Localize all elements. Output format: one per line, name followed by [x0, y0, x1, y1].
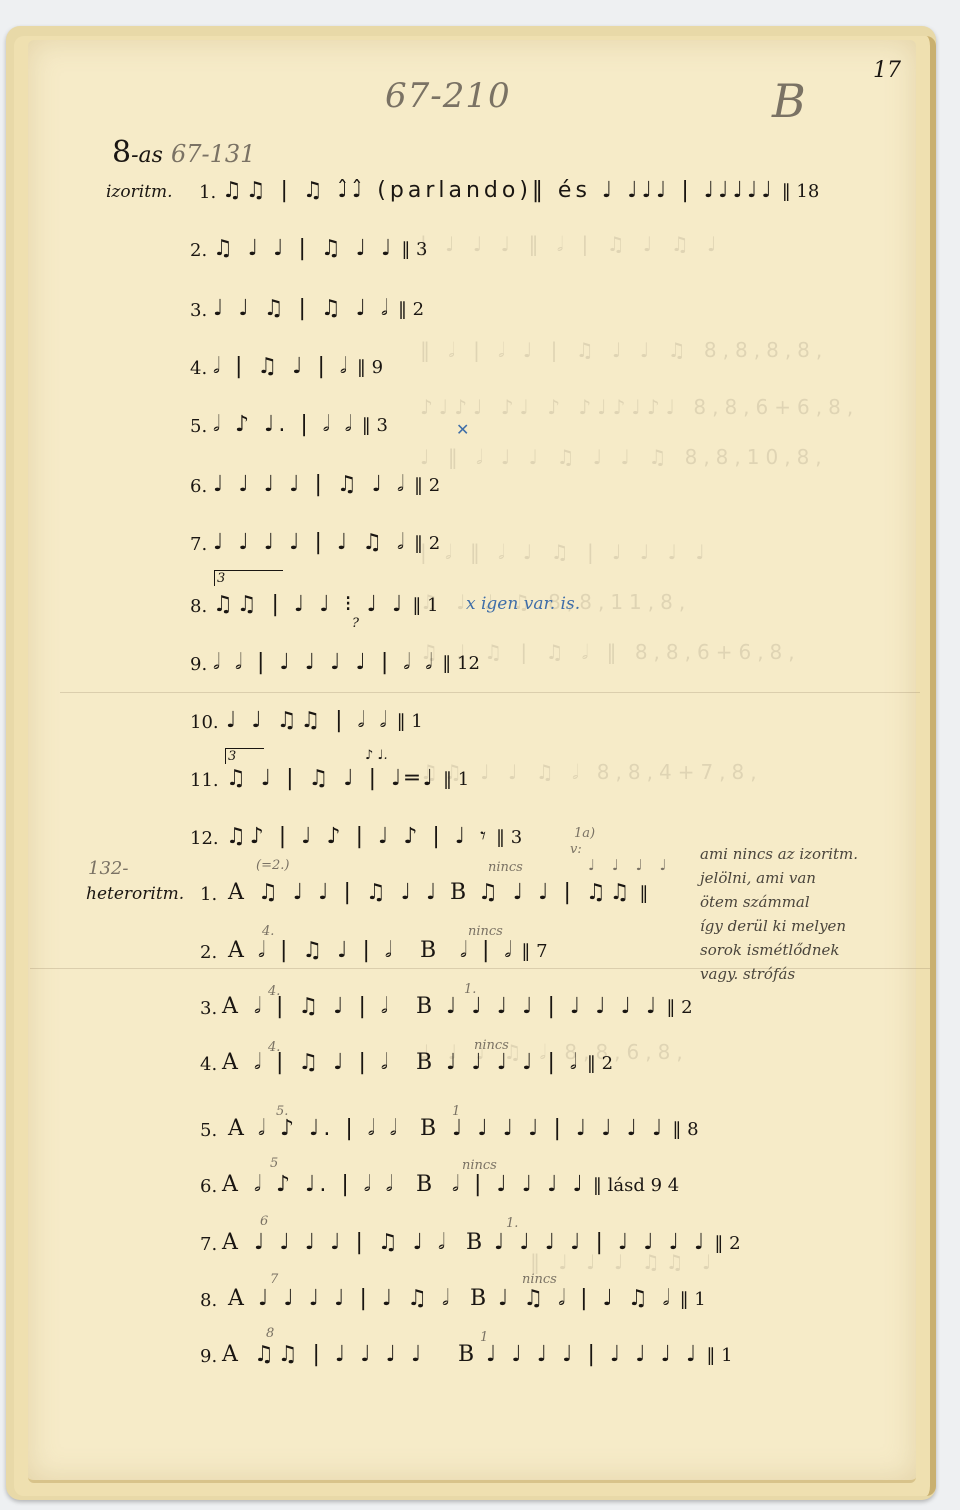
- ruled-line: [60, 692, 920, 693]
- heteroritm-row: 6. A 5 𝅗𝅥 ♪ ♩. | 𝅗𝅥 𝅗𝅥 B nincs 𝅗𝅥 | ♩ ♩ …: [0, 1170, 960, 1210]
- margin-note-line: ötem számmal: [700, 890, 940, 914]
- part-a-label: A: [222, 994, 238, 1019]
- part-a-label: A: [222, 1172, 238, 1197]
- annotation-1a: 1a): [574, 826, 595, 841]
- heading-suffix: -as: [131, 143, 163, 168]
- rhythm-notation-a: 𝅗𝅥 ♪ ♩. | 𝅗𝅥 𝅗𝅥: [254, 1172, 397, 1197]
- rhythm-notation-b: ♩ ♩ ♩ ♩ | ♩ ♩ ♩ ♩‖ 1: [486, 1342, 733, 1367]
- question-mark: ?: [352, 616, 359, 631]
- part-b-label: B: [450, 880, 466, 905]
- rhythm-notation-b: ♩ ♫ 𝅗𝅥 | ♩ ♫ 𝅗𝅥‖ 1: [498, 1286, 706, 1311]
- rhythm-notation: 𝅗𝅥 ♪ ♩. | 𝅗𝅥 𝅗𝅥‖ 3: [213, 412, 388, 437]
- izoritm-row: 3 ♪ ♩. 11. ♫ ♩ | ♫ ♩ | ♩═♩‖ 1: [0, 766, 960, 806]
- occurrence-count: ‖ 2: [414, 475, 440, 496]
- blue-side-note: x igen var. is.: [466, 594, 580, 614]
- rhythm-notation-a: ♩ ♩ ♩ ♩ | ♫ ♩ 𝅗𝅥: [254, 1230, 449, 1255]
- rhythm-notation-b: ♩ ♩ ♩ ♩ | ♩ ♩ ♩ ♩‖ 2: [494, 1230, 741, 1255]
- annotation-a: 6: [260, 1214, 268, 1229]
- row-number: 9.: [190, 654, 207, 675]
- rhythm-notation: ♫ ♩ ♩ | ♫ ♩ ♩‖ 3: [213, 236, 428, 261]
- section-heading-izo: 8-as67-131: [112, 135, 255, 170]
- hetero-range-label: 132-: [88, 858, 128, 879]
- margin-note-line: így derül ki melyen: [700, 914, 940, 938]
- occurrence-count: ‖: [639, 883, 648, 904]
- izoritm-row: 6. ♩ ♩ ♩ ♩ | ♫ ♩ 𝅗𝅥‖ 2: [0, 472, 960, 512]
- part-a-label: A: [228, 938, 244, 963]
- rhythm-notation: 𝅗𝅥 𝅗𝅥 | ♩ ♩ ♩ ♩ | 𝅗𝅥 𝅗𝅥‖ 12: [213, 650, 480, 675]
- rhythm-notation-a: 𝅗𝅥 | ♫ ♩ | 𝅗𝅥: [258, 938, 396, 963]
- part-b-label: B: [416, 1172, 432, 1197]
- blue-mark: ✕: [456, 420, 469, 439]
- row-number: 8.: [190, 596, 207, 617]
- rhythm-notation-a: ♫ ♩ ♩ | ♫ ♩ ♩: [258, 880, 440, 905]
- rhythm-notation: 𝅗𝅥 | ♫ ♩ | 𝅗𝅥‖ 9: [213, 354, 383, 379]
- row-number: 9.: [200, 1346, 217, 1367]
- row-number: 10.: [190, 712, 219, 733]
- rhythm-notation-a: 𝅗𝅥 | ♫ ♩ | 𝅗𝅥: [254, 1050, 392, 1075]
- izoritm-row: 3. ♩ ♩ ♫ | ♫ ♩ 𝅗𝅥‖ 2: [0, 296, 960, 336]
- part-a-label: A: [228, 1116, 244, 1141]
- occurrence-count: ‖ 2: [714, 1233, 740, 1254]
- part-a-label: A: [222, 1050, 238, 1075]
- row-number: 6.: [200, 1176, 217, 1197]
- margin-note-line: vagy. strófás: [700, 962, 940, 986]
- occurrence-count: ‖ 2: [398, 299, 424, 320]
- izoritm-row: 3 8. ♫♫ | ♩ ♩ ⁝ ♩ ♩‖ 1 ? x igen var. is.: [0, 592, 960, 632]
- part-b-label: B: [420, 1116, 436, 1141]
- rhythm-notation: ♩ ♩ ♩ ♩ | ♫ ♩ 𝅗𝅥‖ 2: [213, 472, 440, 497]
- part-a-label: A: [222, 1230, 238, 1255]
- part-a-label: A: [222, 1342, 238, 1367]
- rhythm-notation: ♩ ♩ ♩ ♩ | ♩ ♫ 𝅗𝅥‖ 2: [213, 530, 440, 555]
- annotation-a: (=2.): [256, 858, 289, 873]
- margin-note-line: jelölni, ami van: [700, 866, 940, 890]
- row-number: 1.: [199, 182, 216, 203]
- heteroritm-row: 8. A 7 ♩ ♩ ♩ ♩ | ♩ ♫ 𝅗𝅥 B nincs ♩ ♫ 𝅗𝅥 |…: [0, 1284, 960, 1324]
- page-letter: B: [772, 74, 806, 128]
- part-b-label: B: [420, 938, 436, 963]
- occurrence-count: ‖ 3: [401, 239, 427, 260]
- rhythm-notation: ♩ ♩ ♫ | ♫ ♩ 𝅗𝅥‖ 2: [213, 296, 424, 321]
- part-b-label: B: [466, 1230, 482, 1255]
- rhythm-notation-b: ♫ ♩ ♩ | ♫♫‖: [478, 880, 648, 905]
- occurrence-count: ‖ 2: [414, 533, 440, 554]
- rhythm-notation: ♫♫ | ♩ ♩ ⁝ ♩ ♩‖ 1: [213, 592, 439, 617]
- izoritm-row: 4. 𝅗𝅥 | ♫ ♩ | 𝅗𝅥‖ 9: [0, 354, 960, 394]
- rhythm-notation: ♫ ♩ | ♫ ♩ | ♩═♩‖ 1: [226, 766, 469, 791]
- annotation-a: 7: [270, 1272, 278, 1287]
- alt-rhythm-annotation: ♪ ♩.: [365, 748, 388, 763]
- row-number: 4.: [200, 1054, 217, 1075]
- rhythm-notation-a: ♩ ♩ ♩ ♩ | ♩ ♫ 𝅗𝅥: [258, 1286, 453, 1311]
- occurrence-count: ‖ 9: [357, 357, 383, 378]
- occurrence-count: ‖ 18: [782, 181, 820, 202]
- heading-range: 67-131: [171, 140, 255, 168]
- annotation-b: nincs: [468, 924, 503, 939]
- occurrence-count: ‖ 3: [362, 415, 388, 436]
- row-number: 7.: [190, 534, 207, 555]
- part-b-label: B: [416, 994, 432, 1019]
- izoritm-row: 7. ♩ ♩ ♩ ♩ | ♩ ♫ 𝅗𝅥‖ 2: [0, 530, 960, 570]
- heteroritm-row: 3. A 4. 𝅗𝅥 | ♫ ♩ | 𝅗𝅥 B 1. ♩ ♩ ♩ ♩ | ♩ ♩…: [0, 992, 960, 1032]
- part-b-label: B: [458, 1342, 474, 1367]
- occurrence-count: ‖ 2: [587, 1053, 613, 1074]
- occurrence-count: ‖ 12: [442, 653, 480, 674]
- occurrence-count: ‖ 1: [412, 595, 438, 616]
- row-number: 2.: [190, 240, 207, 261]
- annotation-variant: v:: [570, 842, 582, 857]
- annotation-a: 8: [266, 1326, 274, 1341]
- rhythm-notation-a: ♫♫ | ♩ ♩ ♩ ♩: [254, 1342, 425, 1367]
- rhythm-notation-a: 𝅗𝅥 | ♫ ♩ | 𝅗𝅥: [254, 994, 392, 1019]
- occurrence-count: ‖ 2: [666, 997, 692, 1018]
- heteroritm-row: 7. A 6 ♩ ♩ ♩ ♩ | ♫ ♩ 𝅗𝅥 B 1. ♩ ♩ ♩ ♩ | ♩…: [0, 1228, 960, 1268]
- occurrence-count: ‖ 8: [672, 1119, 698, 1140]
- occurrence-count: ‖ 1: [706, 1345, 732, 1366]
- rhythm-notation-a: 𝅗𝅥 ♪ ♩. | 𝅗𝅥 𝅗𝅥: [258, 1116, 401, 1141]
- row-number: 4.: [190, 358, 207, 379]
- rhythm-notation: ♫♪ | ♩ ♪ | ♩ ♪ | ♩ 𝄾‖ 3: [226, 824, 522, 849]
- rhythm-notation-b: ♩ ♩ ♩ ♩ | 𝅗𝅥‖ 2: [446, 1050, 613, 1075]
- margin-note: ami nincs az izoritm. jelölni, ami van ö…: [700, 842, 940, 986]
- part-b-label: B: [416, 1050, 432, 1075]
- annotation-a: 5: [270, 1156, 278, 1171]
- occurrence-count: ‖ 1: [397, 711, 423, 732]
- heading-number: 8: [112, 135, 131, 170]
- annotation-a: 4.: [262, 924, 274, 939]
- row-number: 7.: [200, 1234, 217, 1255]
- row-number: 11.: [190, 770, 219, 791]
- triplet-mark: 3: [214, 570, 283, 586]
- rhythm-notation: ♩ ♩ ♫♫ | 𝅗𝅥 𝅗𝅥‖ 1: [226, 708, 423, 733]
- row-number: 8.: [200, 1290, 217, 1311]
- izoritm-row: 5. 𝅗𝅥 ♪ ♩. | 𝅗𝅥 𝅗𝅥‖ 3 ✕: [0, 412, 960, 452]
- heteroritm-row: 9. A 8 ♫♫ | ♩ ♩ ♩ ♩ B 1 ♩ ♩ ♩ ♩ | ♩ ♩ ♩ …: [0, 1340, 960, 1380]
- rhythm-notation-b: ♩ ♩ ♩ ♩ | ♩ ♩ ♩ ♩‖ 8: [452, 1116, 699, 1141]
- izoritm-row: 9. 𝅗𝅥 𝅗𝅥 | ♩ ♩ ♩ ♩ | 𝅗𝅥 𝅗𝅥‖ 12: [0, 650, 960, 690]
- page-number: 17: [873, 58, 901, 83]
- row-number: 5.: [190, 416, 207, 437]
- annotation-b: nincs: [488, 860, 523, 875]
- row-number: 3.: [200, 998, 217, 1019]
- row-number: 1.: [200, 884, 217, 905]
- annotation-variant-notes: ♩ ♩ ♩ ♩: [588, 856, 673, 874]
- row-number: 2.: [200, 942, 217, 963]
- occurrence-count: ‖ 3: [496, 827, 522, 848]
- izoritm-row: 2. ♫ ♩ ♩ | ♫ ♩ ♩‖ 3: [0, 236, 960, 276]
- rhythm-notation-b: ♩ ♩ ♩ ♩ | ♩ ♩ ♩ ♩‖ 2: [446, 994, 693, 1019]
- occurrence-count: ‖ lásd 9 4: [593, 1175, 679, 1196]
- page-title-range: 67-210: [385, 76, 511, 116]
- heteroritm-row: 4. A 4. 𝅗𝅥 | ♫ ♩ | 𝅗𝅥 B nincs ♩ ♩ ♩ ♩ | …: [0, 1048, 960, 1088]
- izoritm-row: 10. ♩ ♩ ♫♫ | 𝅗𝅥 𝅗𝅥‖ 1: [0, 708, 960, 748]
- rhythm-notation-b: 𝅗𝅥 | 𝅗𝅥‖ 7: [460, 938, 548, 963]
- occurrence-count: ‖ 1: [443, 769, 469, 790]
- annotation-b: nincs: [462, 1158, 497, 1173]
- row-number: 6.: [190, 476, 207, 497]
- part-a-label: A: [228, 1286, 244, 1311]
- annotation-b: 1.: [506, 1216, 518, 1231]
- rhythm-notation: ♫♫ | ♫ ♩̂♩̂ (parlando)‖ és ♩ ♩♩♩ | ♩♩♩♩♩…: [222, 178, 819, 203]
- row-number: 3.: [190, 300, 207, 321]
- part-b-label: B: [470, 1286, 486, 1311]
- annotation-b: nincs: [522, 1272, 557, 1287]
- part-a-label: A: [228, 880, 244, 905]
- row-number: 12.: [190, 828, 219, 849]
- margin-note-line: ami nincs az izoritm.: [700, 842, 940, 866]
- occurrence-count: ‖ 1: [680, 1289, 706, 1310]
- triplet-mark: 3: [225, 748, 264, 764]
- occurrence-count: ‖ 7: [521, 941, 547, 962]
- izoritm-row: 1. ♫♫ | ♫ ♩̂♩̂ (parlando)‖ és ♩ ♩♩♩ | ♩♩…: [0, 178, 960, 218]
- margin-note-line: sorok ismétlődnek: [700, 938, 940, 962]
- row-number: 5.: [200, 1120, 217, 1141]
- heteroritm-row: 5. A 5. 𝅗𝅥 ♪ ♩. | 𝅗𝅥 𝅗𝅥 B 1 ♩ ♩ ♩ ♩ | ♩ …: [0, 1114, 960, 1154]
- rhythm-notation-b: 𝅗𝅥 | ♩ ♩ ♩ ♩‖ lásd 9 4: [452, 1172, 679, 1197]
